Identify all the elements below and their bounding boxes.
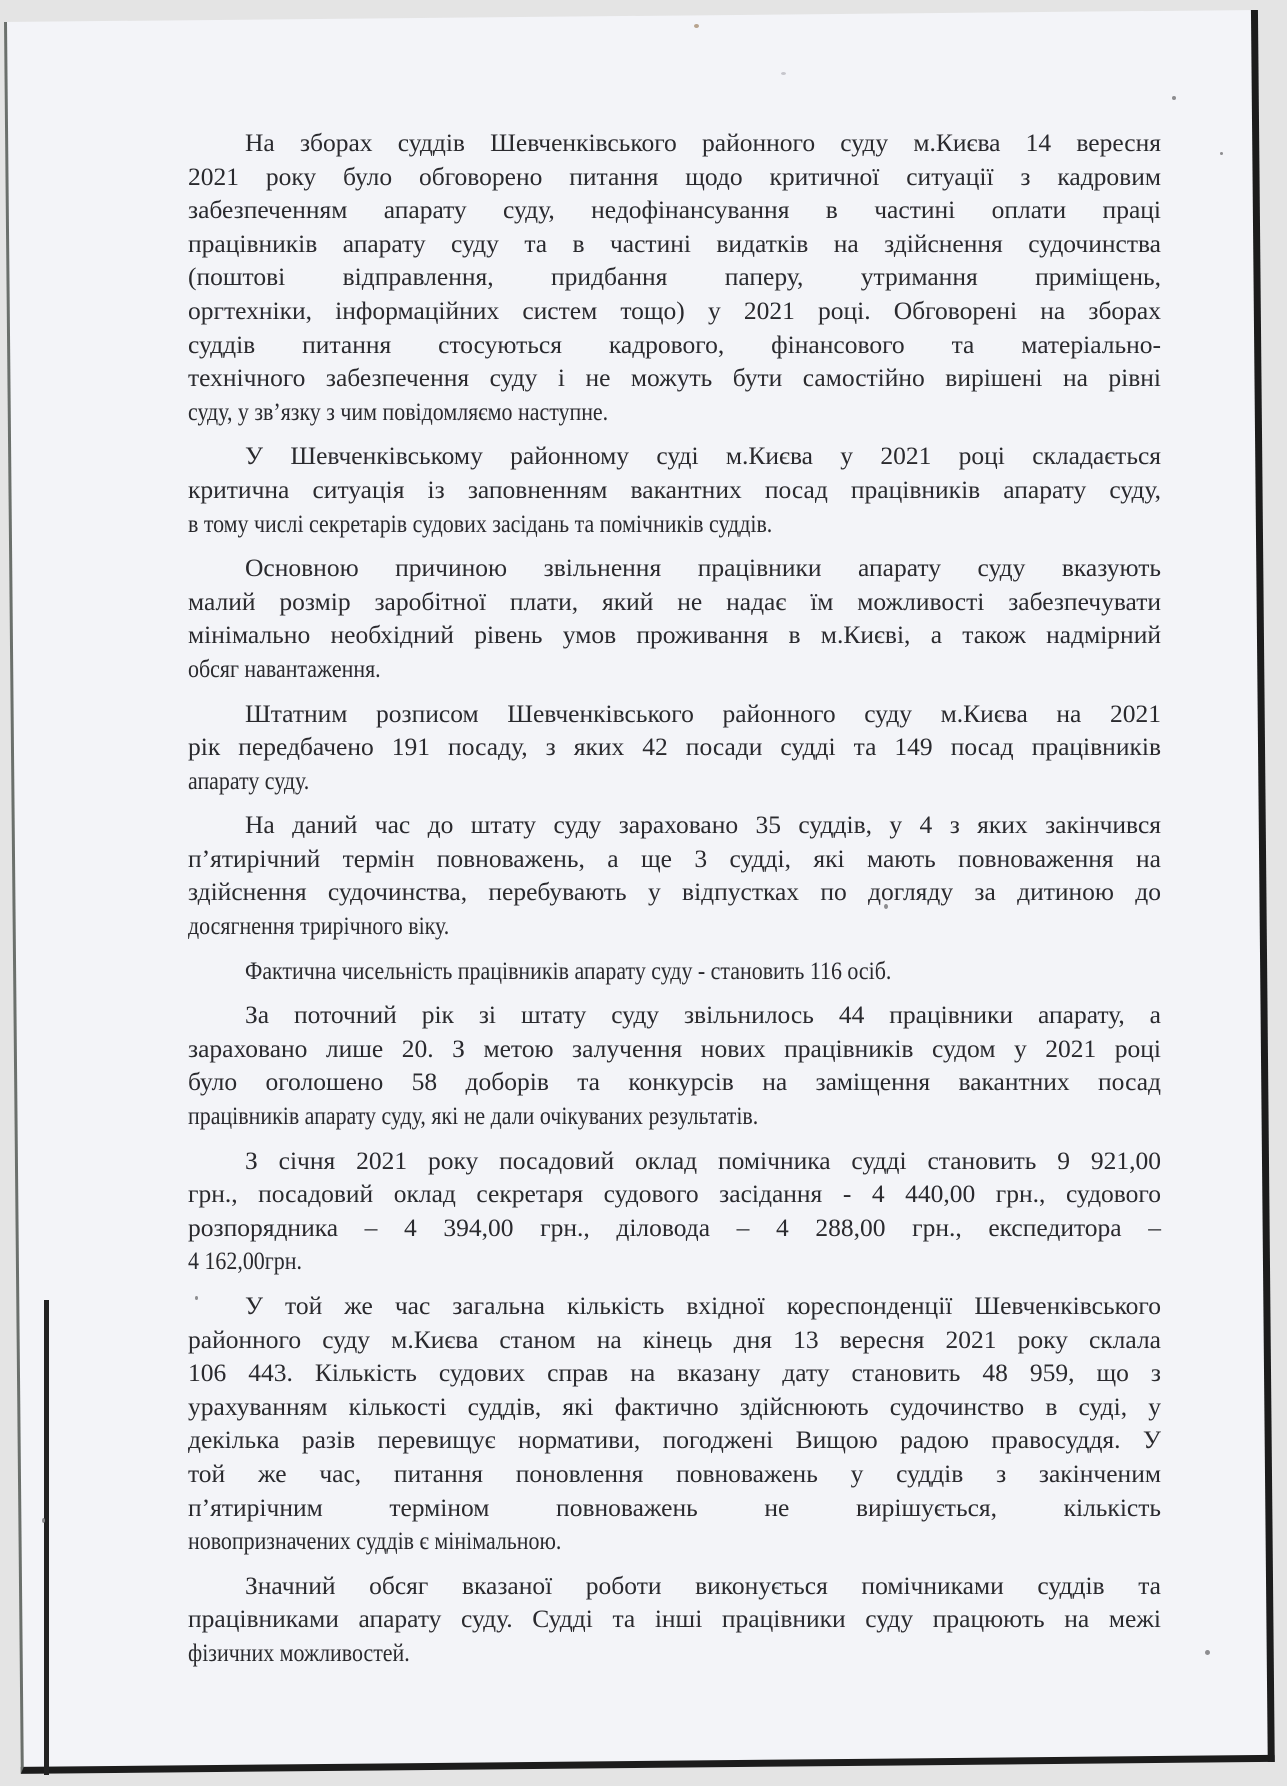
- text-line: районного суду м.Києва станом на кінець …: [188, 1323, 1161, 1357]
- text-line: технічного забезпечення суду і не можуть…: [188, 361, 1161, 395]
- paragraph: У Шевченківському районному суді м.Києва…: [188, 439, 1161, 540]
- text-line: зараховано лише 20. З метою залучення но…: [188, 1032, 1161, 1066]
- text-line: грн., посадовий оклад секретаря судового…: [188, 1177, 1161, 1211]
- text-line: Значний обсяг вказаної роботи виконуєтьс…: [188, 1569, 1161, 1603]
- text-line: На даний час до штату суду зараховано 35…: [188, 808, 1161, 842]
- text-line: працівників апарату суду та в частині ви…: [188, 227, 1161, 261]
- text-line: новопризначених суддів є мінімальною.: [188, 1524, 1161, 1558]
- text-line: 106 443. Кількість судових справ на вказ…: [188, 1356, 1161, 1390]
- text-line: п’ятирічний термін повноважень, а ще 3 с…: [188, 842, 1161, 876]
- scan-speck: [42, 1518, 45, 1523]
- text-line: Фактична чисельність працівників апарату…: [188, 954, 1161, 988]
- text-line: (поштові відправлення, придбання паперу,…: [188, 260, 1161, 294]
- paragraph: Фактична чисельність працівників апарату…: [188, 954, 1161, 988]
- text-line: У той же час загальна кількість вхідної …: [188, 1289, 1161, 1323]
- text-line: Основною причиною звільнення працівники …: [188, 551, 1161, 585]
- paragraph: У той же час загальна кількість вхідної …: [188, 1289, 1161, 1558]
- text-line: обсяг навантаження.: [188, 652, 1161, 686]
- text-line: здійснення судочинства, перебувають у ві…: [188, 875, 1161, 909]
- text-line: Штатним розписом Шевченківського районно…: [188, 697, 1161, 731]
- scan-speck: [1205, 1650, 1210, 1655]
- scan-speck: [1220, 152, 1223, 155]
- paragraph: Значний обсяг вказаної роботи виконуєтьс…: [188, 1569, 1161, 1670]
- text-line: За поточний рік зі штату суду звільнилос…: [188, 998, 1161, 1032]
- paragraph: За поточний рік зі штату суду звільнилос…: [188, 998, 1161, 1132]
- page-edge-shadow: [44, 1300, 49, 1775]
- text-line: У Шевченківському районному суді м.Києва…: [188, 439, 1161, 473]
- text-line: 4 162,00грн.: [188, 1244, 1161, 1278]
- scan-speck: [694, 24, 699, 28]
- scan-speck: [1172, 96, 1176, 100]
- scan-speck: [781, 72, 786, 75]
- paragraph: Основною причиною звільнення працівники …: [188, 551, 1161, 685]
- text-line: працівників апарату суду, які не дали оч…: [188, 1099, 1161, 1133]
- text-line: розпорядника – 4 394,00 грн., діловода –…: [188, 1211, 1161, 1245]
- text-line: фізичних можливостей.: [188, 1636, 1161, 1670]
- text-line: досягнення трирічного віку.: [188, 909, 1161, 943]
- text-line: декілька разів перевищує нормативи, пого…: [188, 1423, 1161, 1457]
- text-line: урахуванням кількості суддів, які фактич…: [188, 1390, 1161, 1424]
- text-line: критична ситуація із заповненням вакантн…: [188, 473, 1161, 507]
- text-line: п’ятирічним терміном повноважень не вирі…: [188, 1491, 1161, 1525]
- text-line: працівниками апарату суду. Судді та інші…: [188, 1602, 1161, 1636]
- text-line: мінімально необхідний рівень умов прожив…: [188, 618, 1161, 652]
- text-line: суддів питання стосуються кадрового, фін…: [188, 328, 1161, 362]
- text-line: в тому числі секретарів судових засідань…: [188, 507, 1161, 541]
- text-line: суду, у зв’язку з чим повідомляємо насту…: [188, 395, 1161, 429]
- paragraph: На даний час до штату суду зараховано 35…: [188, 808, 1161, 942]
- text-line: 2021 року було обговорено питання щодо к…: [188, 160, 1161, 194]
- text-line: апарату суду.: [188, 764, 1161, 798]
- text-line: оргтехніки, інформаційних систем тощо) у…: [188, 294, 1161, 328]
- text-line: малий розмір заробітної плати, який не н…: [188, 585, 1161, 619]
- text-line: той же час, питання поновлення повноваже…: [188, 1457, 1161, 1491]
- document-body: На зборах суддів Шевченківського районно…: [188, 126, 1161, 1670]
- paragraph: З січня 2021 року посадовий оклад помічн…: [188, 1144, 1161, 1278]
- text-line: На зборах суддів Шевченківського районно…: [188, 126, 1161, 160]
- paragraph: Штатним розписом Шевченківського районно…: [188, 697, 1161, 798]
- paragraph: На зборах суддів Шевченківського районно…: [188, 126, 1161, 428]
- text-line: було оголошено 58 доборів та конкурсів н…: [188, 1065, 1161, 1099]
- text-line: З січня 2021 року посадовий оклад помічн…: [188, 1144, 1161, 1178]
- text-line: забезпеченням апарату суду, недофінансув…: [188, 193, 1161, 227]
- text-line: рік передбачено 191 посаду, з яких 42 по…: [188, 730, 1161, 764]
